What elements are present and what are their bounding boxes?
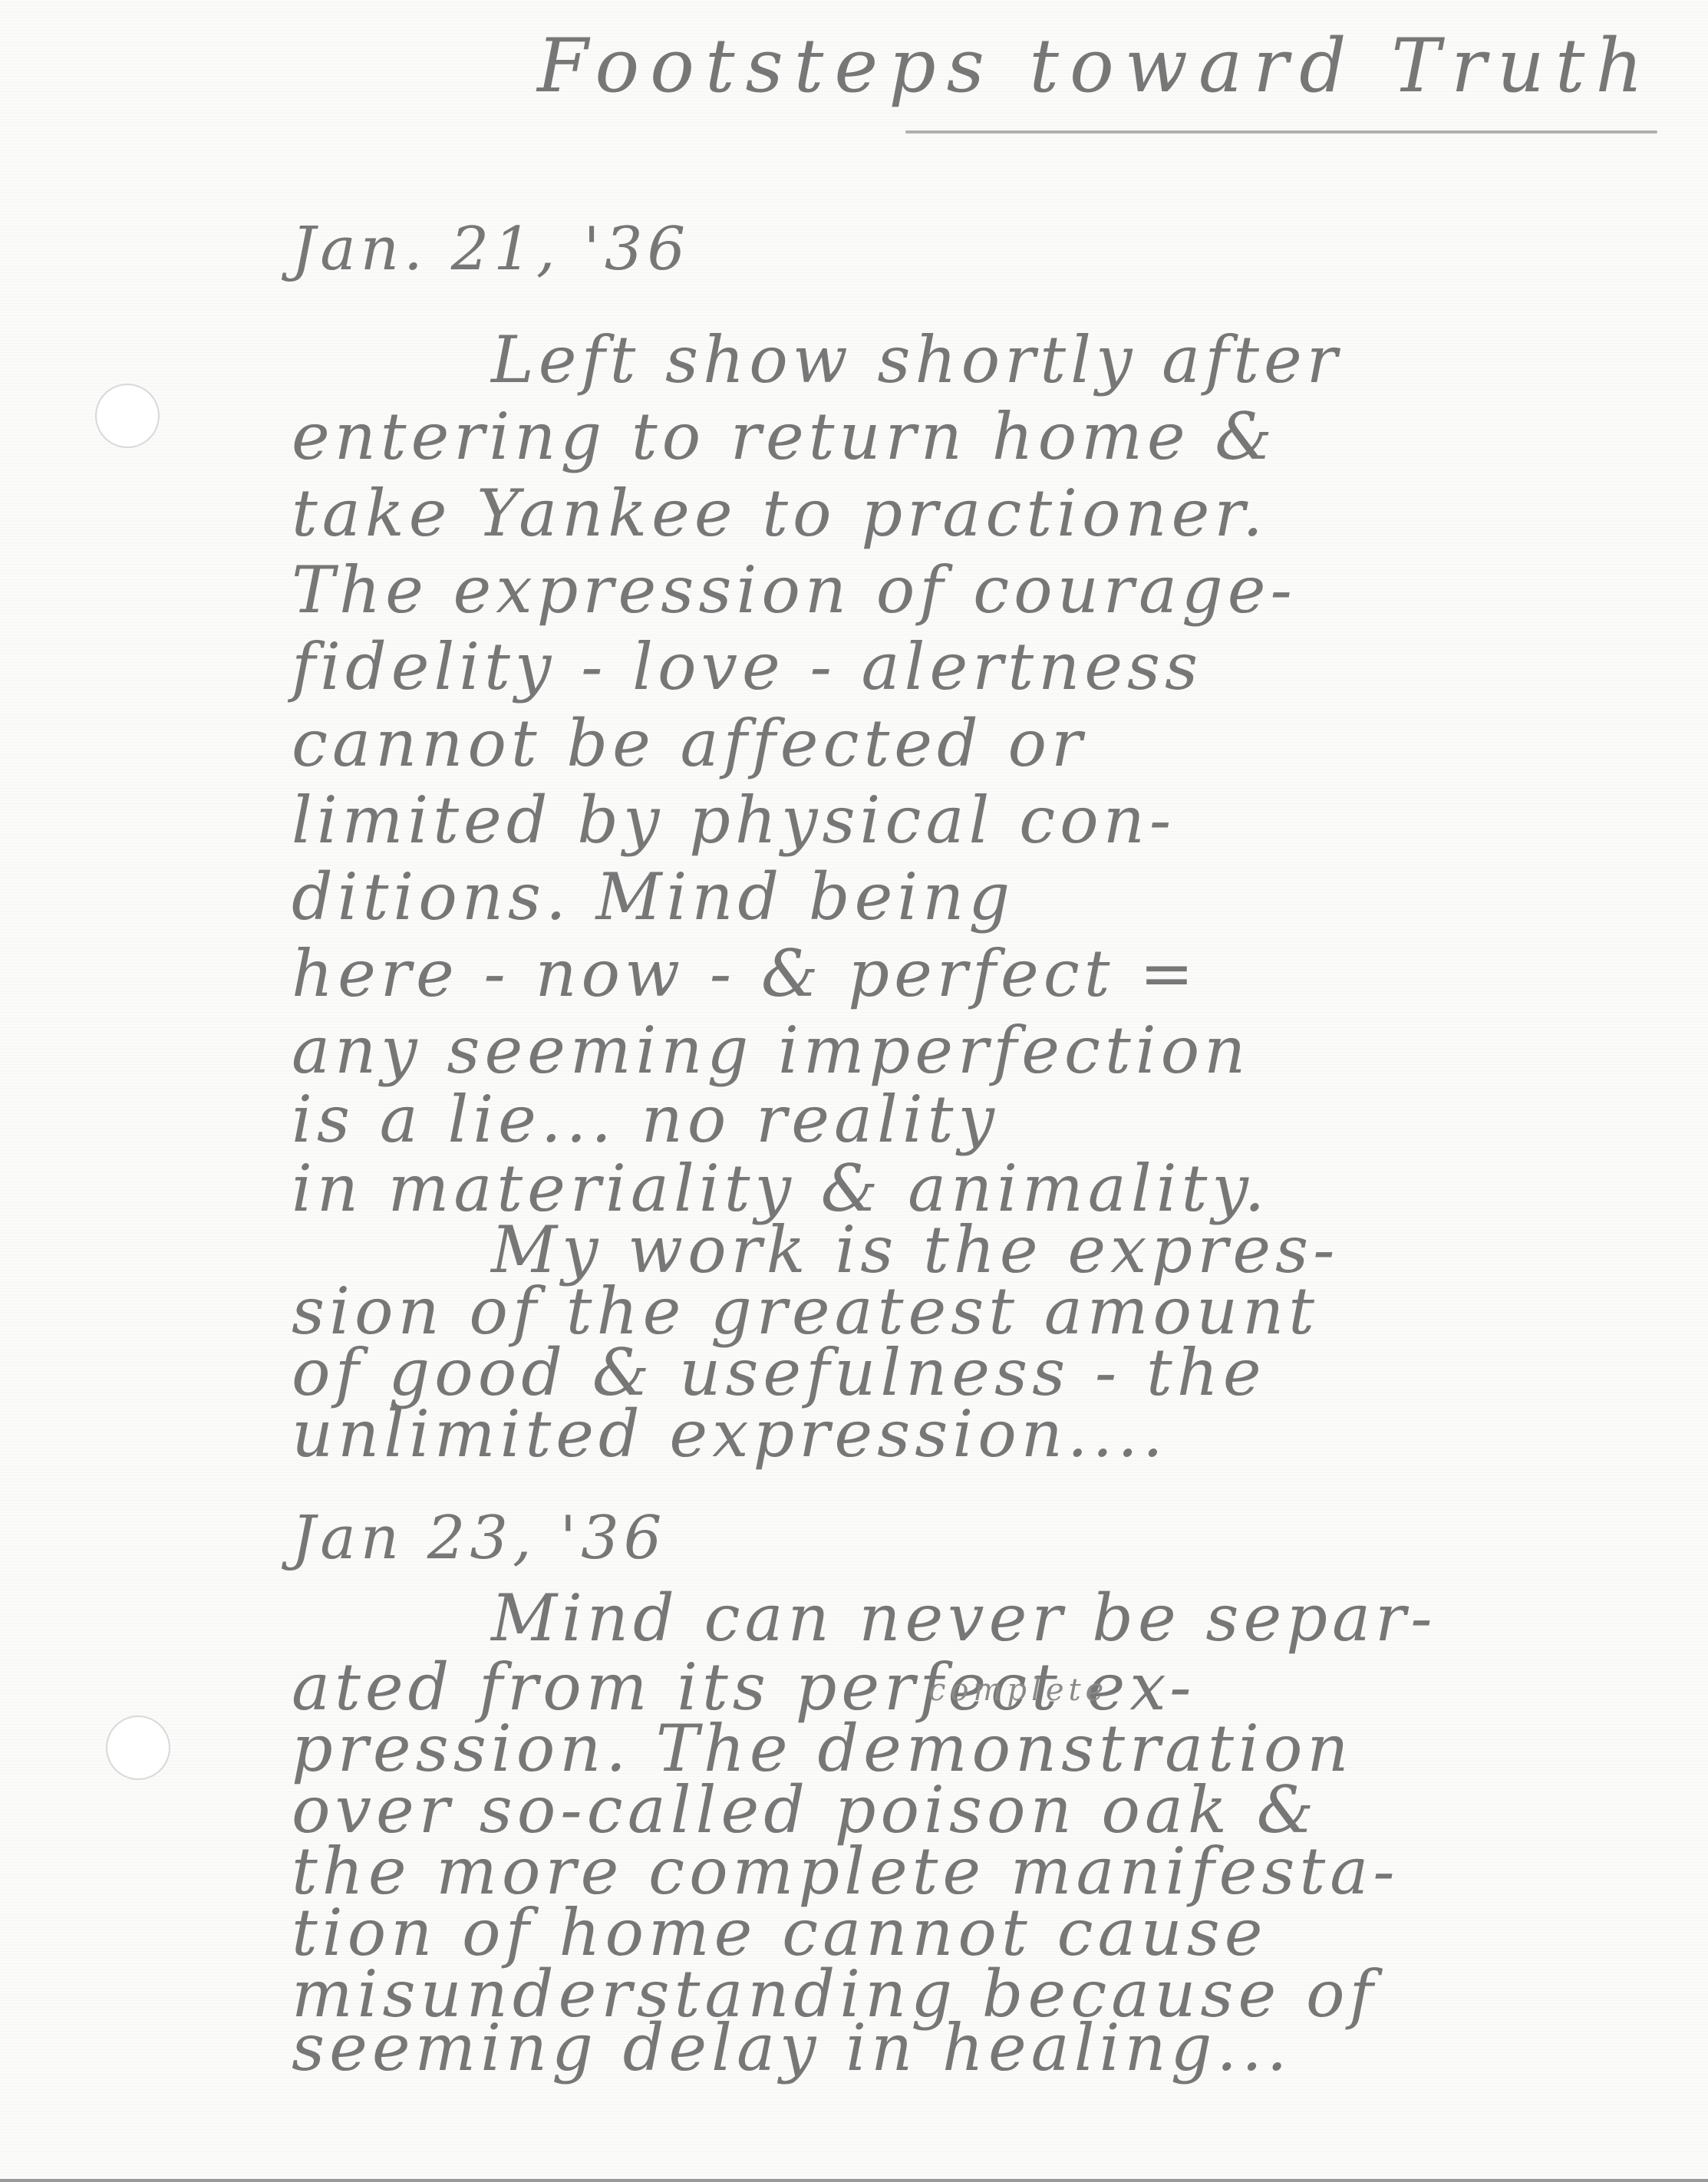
entry-line: entering to return home & [292, 399, 1277, 474]
entry-line: here - now - & perfect = [292, 936, 1199, 1011]
entry-line: fidelity - love - alertness [292, 629, 1202, 704]
entry-date: Jan 23, '36 [292, 1504, 666, 1573]
entry-line: is a lie... no reality [292, 1082, 999, 1157]
entry-line: limited by physical con- [292, 783, 1175, 858]
inserted-word: complete [928, 1673, 1108, 1708]
punch-hole [95, 384, 160, 448]
entry-date: Jan. 21, '36 [292, 215, 690, 284]
entry-line: ditions. Mind being [292, 859, 1014, 934]
title-underline [905, 130, 1657, 133]
entry-line: take Yankee to practioner. [292, 476, 1268, 551]
punch-hole [106, 1716, 170, 1780]
entry-line: any seeming imperfection [292, 1013, 1250, 1088]
entry-line: seeming delay in healing... [292, 2010, 1291, 2085]
entry-line: cannot be affected or [292, 706, 1086, 781]
entry-line: unlimited expression.... [292, 1396, 1168, 1472]
entry-line: Left show shortly after [491, 322, 1342, 397]
entry-line: The expression of courage- [292, 552, 1297, 628]
entry-line: Mind can never be separ- [491, 1580, 1437, 1656]
page-bottom-edge [0, 2179, 1708, 2182]
page-title: Footsteps toward Truth [537, 23, 1654, 109]
